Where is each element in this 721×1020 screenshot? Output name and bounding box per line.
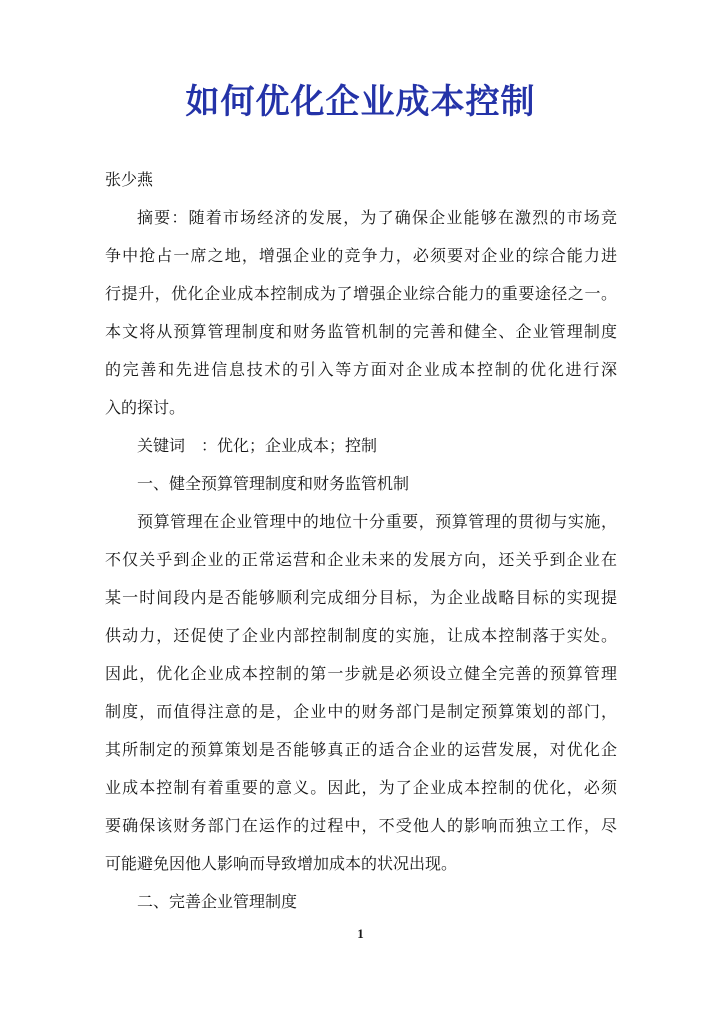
- abstract-line: 摘要：随着市场经济的发展，为了确保企业能够在激烈的市场竞: [105, 200, 617, 238]
- body-line: 不仅关乎到企业的正常运营和企业未来的发展方向，还关乎到企业在: [105, 542, 617, 580]
- body-line: 供动力，还促使了企业内部控制制度的实施，让成本控制落于实处。: [105, 618, 617, 656]
- abstract-line: 行提升，优化企业成本控制成为了增强企业综合能力的重要途径之一。: [105, 276, 617, 314]
- body-line: 制度，而值得注意的是，企业中的财务部门是制定预算策划的部门，: [105, 694, 617, 732]
- body-line: 可能避免因他人影响而导致增加成本的状况出现。: [105, 846, 617, 884]
- author-name: 张少燕: [105, 162, 617, 200]
- abstract-line: 的完善和先进信息技术的引入等方面对企业成本控制的优化进行深: [105, 352, 617, 390]
- body-line: 其所制定的预算策划是否能够真正的适合企业的运营发展，对优化企: [105, 732, 617, 770]
- section-heading-2: 二、完善企业管理制度: [105, 884, 617, 922]
- body-line: 要确保该财务部门在运作的过程中，不受他人的影响而独立工作，尽: [105, 808, 617, 846]
- document-body: 张少燕 摘要：随着市场经济的发展，为了确保企业能够在激烈的市场竞 争中抢占一席之…: [105, 162, 617, 922]
- body-line: 因此，优化企业成本控制的第一步就是必须设立健全完善的预算管理: [105, 656, 617, 694]
- body-line: 业成本控制有着重要的意义。因此，为了企业成本控制的优化，必须: [105, 770, 617, 808]
- abstract-line: 本文将从预算管理制度和财务监管机制的完善和健全、企业管理制度: [105, 314, 617, 352]
- page-number: 1: [0, 926, 721, 942]
- abstract-line: 争中抢占一席之地，增强企业的竞争力，必须要对企业的综合能力进: [105, 238, 617, 276]
- keywords-line: 关键词 ：优化；企业成本；控制: [105, 428, 617, 466]
- section-heading-1: 一、健全预算管理制度和财务监管机制: [105, 466, 617, 504]
- body-line: 预算管理在企业管理中的地位十分重要，预算管理的贯彻与实施，: [105, 504, 617, 542]
- document-page: 如何优化企业成本控制 张少燕 摘要：随着市场经济的发展，为了确保企业能够在激烈的…: [0, 0, 721, 1020]
- abstract-line: 入的探讨。: [105, 390, 617, 428]
- document-title: 如何优化企业成本控制: [0, 0, 721, 122]
- body-line: 某一时间段内是否能够顺利完成细分目标，为企业战略目标的实现提: [105, 580, 617, 618]
